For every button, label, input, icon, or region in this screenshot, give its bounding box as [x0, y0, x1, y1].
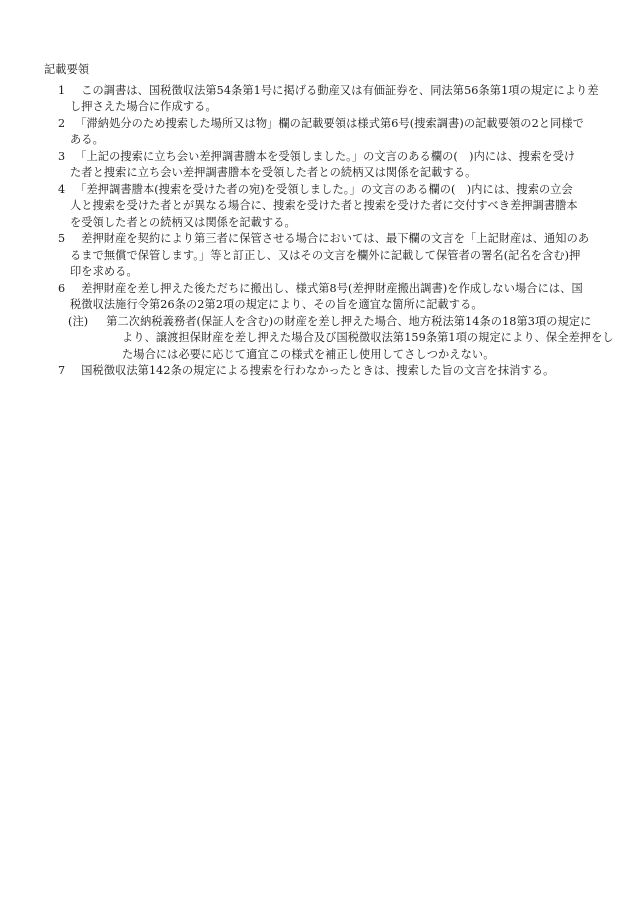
item-line: 差押財産を差し押えた後ただちに搬出し、様式第8号(差押財産搬出調書)を作成しない…	[81, 282, 583, 295]
item-line: 人と捜索を受けた者とが異なる場合に、捜索を受けた者と捜索を受けた者に交付すべき差…	[70, 199, 578, 212]
item-number: 2	[58, 117, 65, 130]
item-line: 差押財産を契約により第三者に保管させる場合においては、最下欄の文言を「上記財産は…	[81, 232, 589, 245]
item-line: 「滞納処分のため捜索した場所又は物」欄の記載要領は様式第6号(捜索調書)の記載要…	[75, 117, 584, 130]
instruction-item-2: 2「滞納処分のため捜索した場所又は物」欄の記載要領は様式第6号(捜索調書)の記載…	[44, 116, 604, 149]
instructions-document: 記載要領 1この調書は、国税徴収法第54条第1号に掲げる動産又は有価証券を、同法…	[44, 62, 604, 380]
item-number: 5	[58, 232, 65, 245]
instruction-item-3: 3「上記の捜索に立ち会い差押調書謄本を受領しました。」の文言のある欄の( )内に…	[44, 149, 604, 182]
instruction-item-5: 5差押財産を契約により第三者に保管させる場合においては、最下欄の文言を「上記財産…	[44, 231, 604, 281]
instruction-item-4: 4「差押調書謄本(捜索を受けた者の宛)を受領しました。」の文言のある欄の( )内…	[44, 182, 604, 232]
instruction-item-1: 1この調書は、国税徴収法第54条第1号に掲げる動産又は有価証券を、同法第56条第…	[44, 83, 604, 116]
item-line: を受領した者との続柄又は関係を記載する。	[70, 216, 296, 229]
instruction-item-7: 7国税徴収法第142条の規定による捜索を行わなかったときは、捜索した旨の文言を抹…	[44, 363, 604, 380]
item-number: 3	[58, 150, 65, 163]
item-number: 6	[58, 282, 65, 295]
item-line: 税徴収法施行令第26条の2第2項の規定により、その旨を適宜な箇所に記載する。	[70, 298, 483, 311]
item-line: この調書は、国税徴収法第54条第1号に掲げる動産又は有価証券を、同法第56条第1…	[81, 84, 598, 97]
item-number: 7	[58, 364, 65, 377]
item-line: 国税徴収法第142条の規定による捜索を行わなかったときは、捜索した旨の文言を抹消…	[81, 364, 554, 377]
item-line: 「差押調書謄本(捜索を受けた者の宛)を受領しました。」の文言のある欄の( )内に…	[75, 183, 573, 196]
item-line: るまで無償で保管します。」等と訂正し、又はその文言を欄外に記載して保管者の署名(…	[70, 249, 580, 262]
document-heading: 記載要領	[44, 62, 604, 79]
note-label: (注)	[68, 315, 88, 328]
instruction-item-6: 6差押財産を差し押えた後ただちに搬出し、様式第8号(差押財産搬出調書)を作成しな…	[44, 281, 604, 314]
item-line: ある。	[70, 133, 104, 146]
instruction-note: (注)第二次納税義務者(保証人を含む)の財産を差し押えた場合、地方税法第14条の…	[44, 314, 604, 364]
item-line: 「上記の捜索に立ち会い差押調書謄本を受領しました。」の文言のある欄の( )内には…	[75, 150, 575, 163]
item-line: た者と捜索に立ち会い差押調書謄本を受領した者との続柄又は関係を記載する。	[70, 166, 476, 179]
item-line: し押さえた場合に作成する。	[70, 100, 217, 113]
item-line: 印を求める。	[70, 265, 138, 278]
item-number: 4	[58, 183, 65, 196]
note-line: た場合には必要に応じて適宜この様式を補正し使用してさしつかえない。	[122, 348, 495, 361]
note-line: 第二次納税義務者(保証人を含む)の財産を差し押えた場合、地方税法第14条の18第…	[106, 315, 591, 328]
item-number: 1	[58, 84, 65, 97]
note-line: より、譲渡担保財産を差し押えた場合及び国税徴収法第159条第1項の規定により、保…	[122, 331, 614, 344]
